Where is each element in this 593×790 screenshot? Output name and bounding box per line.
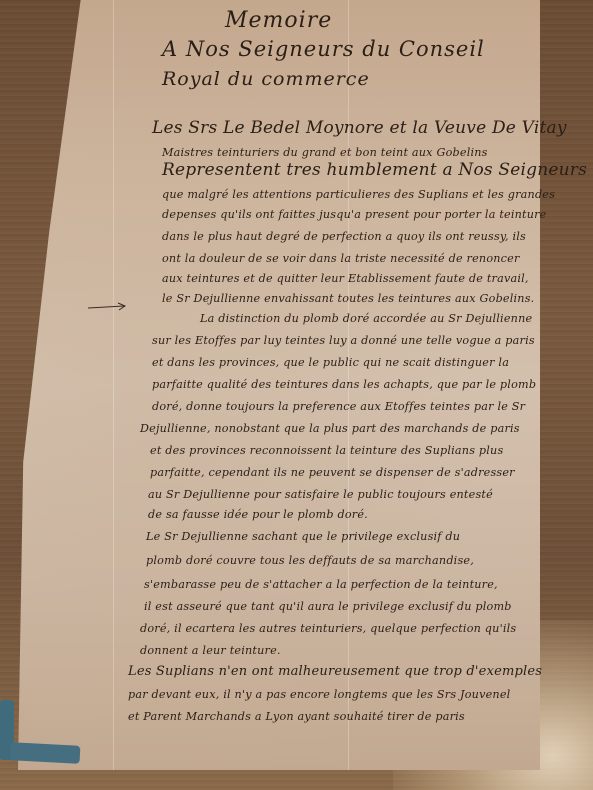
body-line: Les Srs Le Bedel Moynore et la Veuve De … [152, 118, 567, 138]
body-line: ont la douleur de se voir dans la triste… [162, 252, 520, 265]
body-line: Dejullienne, nonobstant que la plus part… [140, 422, 520, 435]
body-line: depenses qu'ils ont faittes jusqu'a pres… [162, 208, 547, 221]
body-line: Le Sr Dejullienne sachant que le privile… [146, 530, 460, 543]
body-line: que malgré les attentions particulieres … [162, 188, 555, 201]
body-line: doré, donne toujours la preference aux E… [152, 400, 525, 413]
body-line: il est asseuré que tant qu'il aura le pr… [144, 600, 512, 613]
body-line: Les Suplians n'en ont malheureusement qu… [128, 664, 542, 679]
body-line: sur les Etoffes par luy teintes luy a do… [152, 334, 535, 347]
body-line: de sa fausse idée pour le plomb doré. [148, 508, 368, 521]
body-line: La distinction du plomb doré accordée au… [200, 312, 532, 325]
body-line: Maistres teinturiers du grand et bon tei… [162, 146, 488, 159]
body-line: au Sr Dejullienne pour satisfaire le pub… [148, 488, 493, 501]
body-line: et Parent Marchands a Lyon ayant souhait… [128, 710, 465, 723]
margin-arrow-icon [88, 302, 128, 312]
body-line: par devant eux, il n'y a pas encore long… [128, 688, 510, 701]
body-line: doré, il ecartera les autres teinturiers… [140, 622, 516, 635]
paper-fold [113, 0, 114, 770]
body-line: s'embarasse peu de s'attacher a la perfe… [144, 578, 498, 591]
body-line: parfaitte, cependant ils ne peuvent se d… [150, 466, 515, 479]
body-line: parfaitte qualité des teintures dans les… [152, 378, 536, 391]
body-line: plomb doré couvre tous les deffauts de s… [146, 554, 474, 567]
body-line: et des provinces reconnoissent la teintu… [150, 444, 503, 457]
blue-ribbon [0, 700, 80, 770]
body-line: le Sr Dejullienne envahissant toutes les… [162, 292, 534, 305]
body-line: Representent tres humblement a Nos Seign… [162, 160, 587, 180]
heading-memoire: Memoire [225, 8, 332, 33]
body-line: et dans les provinces, que le public qui… [152, 356, 509, 369]
body-line: donnent a leur teinture. [140, 644, 281, 657]
body-line: aux teintures et de quitter leur Etablis… [162, 272, 529, 285]
heading-addressee: A Nos Seigneurs du Conseil [162, 37, 485, 61]
body-line: dans le plus haut degré de perfection a … [162, 230, 526, 243]
heading-council: Royal du commerce [162, 68, 370, 90]
